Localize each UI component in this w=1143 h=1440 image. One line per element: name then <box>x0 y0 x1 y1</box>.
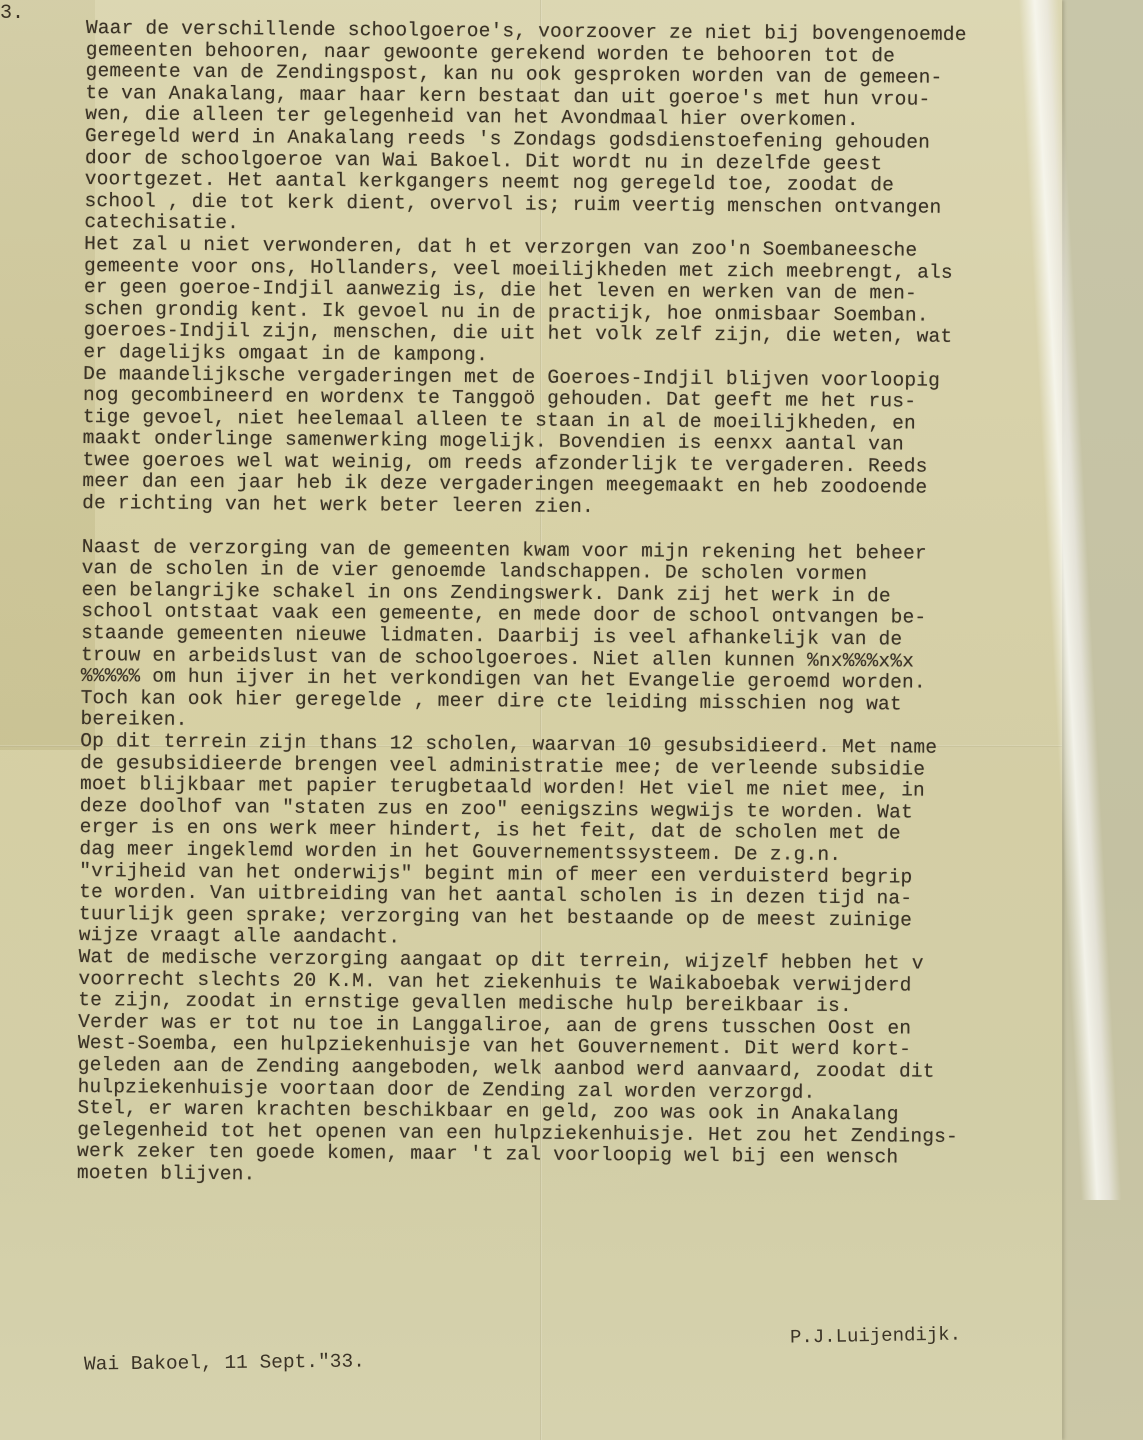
letter-body: Waar de verschillende schoolgoeroe's, vo… <box>77 18 1066 1192</box>
letter-section-schools-medical: Naast de verzorging van de gemeenten kwa… <box>77 537 1062 1192</box>
place-and-date: Wai Bakoel, 11 Sept."33. <box>84 1351 365 1376</box>
page-number: 3. <box>0 2 24 25</box>
signature: P.J.Luijendijk. <box>790 1324 961 1349</box>
typewritten-letter-page: 3. Waar de verschillende schoolgoeroe's,… <box>0 0 1062 1440</box>
letter-section-congregations: Waar de verschillende schoolgoeroe's, vo… <box>82 18 1066 522</box>
photo-scene: 3. Waar de verschillende schoolgoeroe's,… <box>0 0 1143 1440</box>
